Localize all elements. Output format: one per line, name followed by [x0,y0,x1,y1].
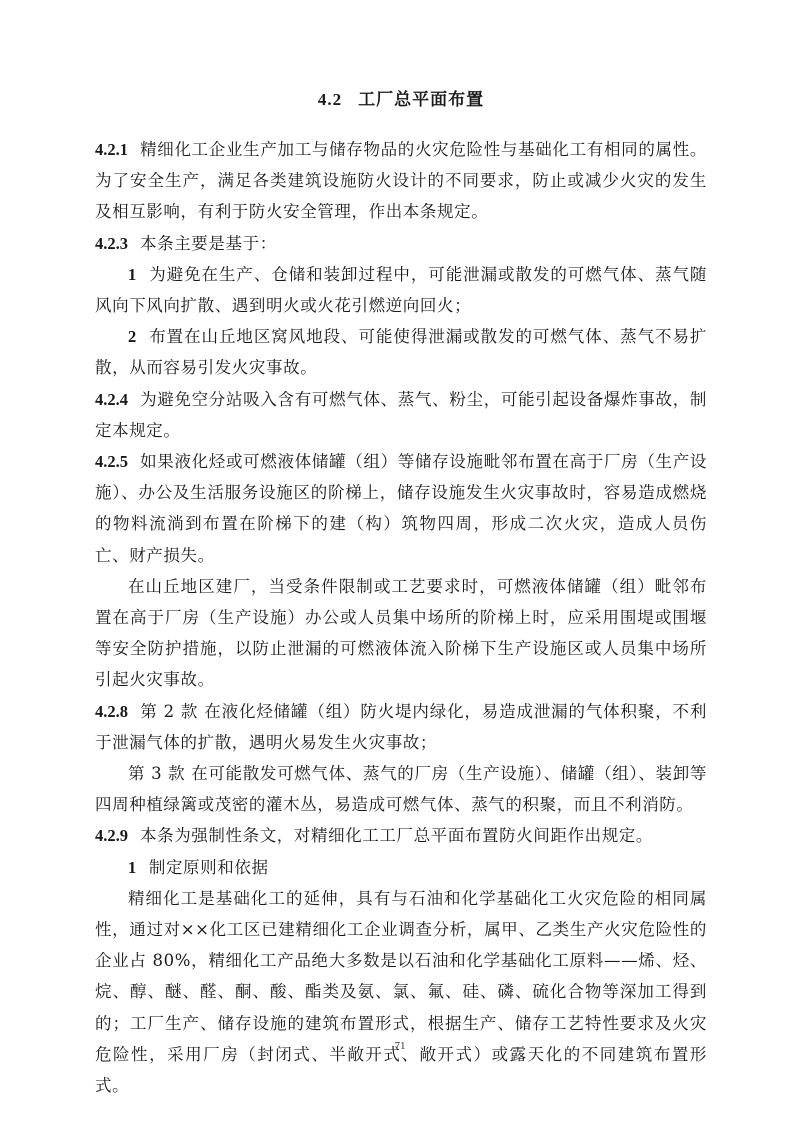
clause-4-2-9: 4.2.9本条为强制性条文，对精细化工工厂总平面布置防火间距作出规定。 [95,820,707,851]
clause-number: 4.2.8 [95,702,128,721]
clause-4-2-4: 4.2.4为避免空分站吸入含有可燃气体、蒸气、粉尘，可能引起设备爆炸事故，制定本… [95,384,707,446]
item-text: 为避免在生产、仓储和装卸过程中，可能泄漏或散发的可燃气体、蒸气随风向下风向扩散、… [95,265,707,315]
page-number: 71 [0,1040,800,1052]
document-page: 4.2工厂总平面布置 4.2.1精细化工企业生产加工与储存物品的火灾危险性与基础… [95,86,707,1101]
clause-text: 本条主要是基于： [140,234,277,253]
clause-4-2-5: 4.2.5如果液化烃或可燃液体储罐（组）等储存设施毗邻布置在高于厂房（生产设施）… [95,446,707,571]
item-title: 制定原则和依据 [149,858,269,877]
clause-number: 4.2.4 [95,390,128,409]
clause-4-2-9-item-1: 1制定原则和依据 [95,852,707,883]
section-title: 工厂总平面布置 [358,90,484,110]
clause-number: 4.2.1 [95,140,128,159]
clause-4-2-5-paragraph-2: 在山丘地区建厂，当受条件限制或工艺要求时，可燃液体储罐（组）毗邻布置在高于厂房（… [95,571,707,696]
item-text: 布置在山丘地区窝风地段、可能使得泄漏或散发的可燃气体、蒸气不易扩散，从而容易引发… [95,327,707,377]
clause-text: 本条为强制性条文，对精细化工工厂总平面布置防火间距作出规定。 [140,826,653,845]
clause-4-2-8: 4.2.8第 2 款 在液化烃储罐（组）防火堤内绿化，易造成泄漏的气体积聚，不利… [95,696,707,758]
clause-4-2-8-item-3: 第 3 款 在可能散发可燃气体、蒸气的厂房（生产设施）、储罐（组）、装卸等四周种… [95,758,707,820]
item-text: 在可能散发可燃气体、蒸气的厂房（生产设施）、储罐（组）、装卸等四周种植绿篱或茂密… [95,764,707,814]
item-label: 第 2 款 [140,702,198,721]
clause-number: 4.2.5 [95,452,128,471]
section-heading: 4.2工厂总平面布置 [95,86,707,114]
clause-number: 4.2.9 [95,826,128,845]
item-number: 1 [128,858,137,877]
clause-4-2-3: 4.2.3本条主要是基于： [95,228,707,259]
clause-4-2-3-item-1: 1为避免在生产、仓储和装卸过程中，可能泄漏或散发的可燃气体、蒸气随风向下风向扩散… [95,259,707,321]
clause-number: 4.2.3 [95,234,128,253]
item-number: 2 [128,327,137,346]
item-label: 第 3 款 [128,764,185,783]
item-number: 1 [128,265,137,284]
clause-4-2-3-item-2: 2布置在山丘地区窝风地段、可能使得泄漏或散发的可燃气体、蒸气不易扩散，从而容易引… [95,321,707,383]
clause-4-2-1: 4.2.1精细化工企业生产加工与储存物品的火灾危险性与基础化工有相同的属性。为了… [95,134,707,228]
clause-text: 为避免空分站吸入含有可燃气体、蒸气、粉尘，可能引起设备爆炸事故，制定本规定。 [95,390,707,440]
clause-4-2-9-body: 精细化工是基础化工的延伸，具有与石油和化学基础化工火灾危险的相同属性，通过对××… [95,883,707,1101]
clause-text: 精细化工企业生产加工与储存物品的火灾危险性与基础化工有相同的属性。为了安全生产，… [95,140,707,221]
section-number: 4.2 [318,90,342,109]
clause-text: 如果液化烃或可燃液体储罐（组）等储存设施毗邻布置在高于厂房（生产设施）、办公及生… [95,452,707,565]
